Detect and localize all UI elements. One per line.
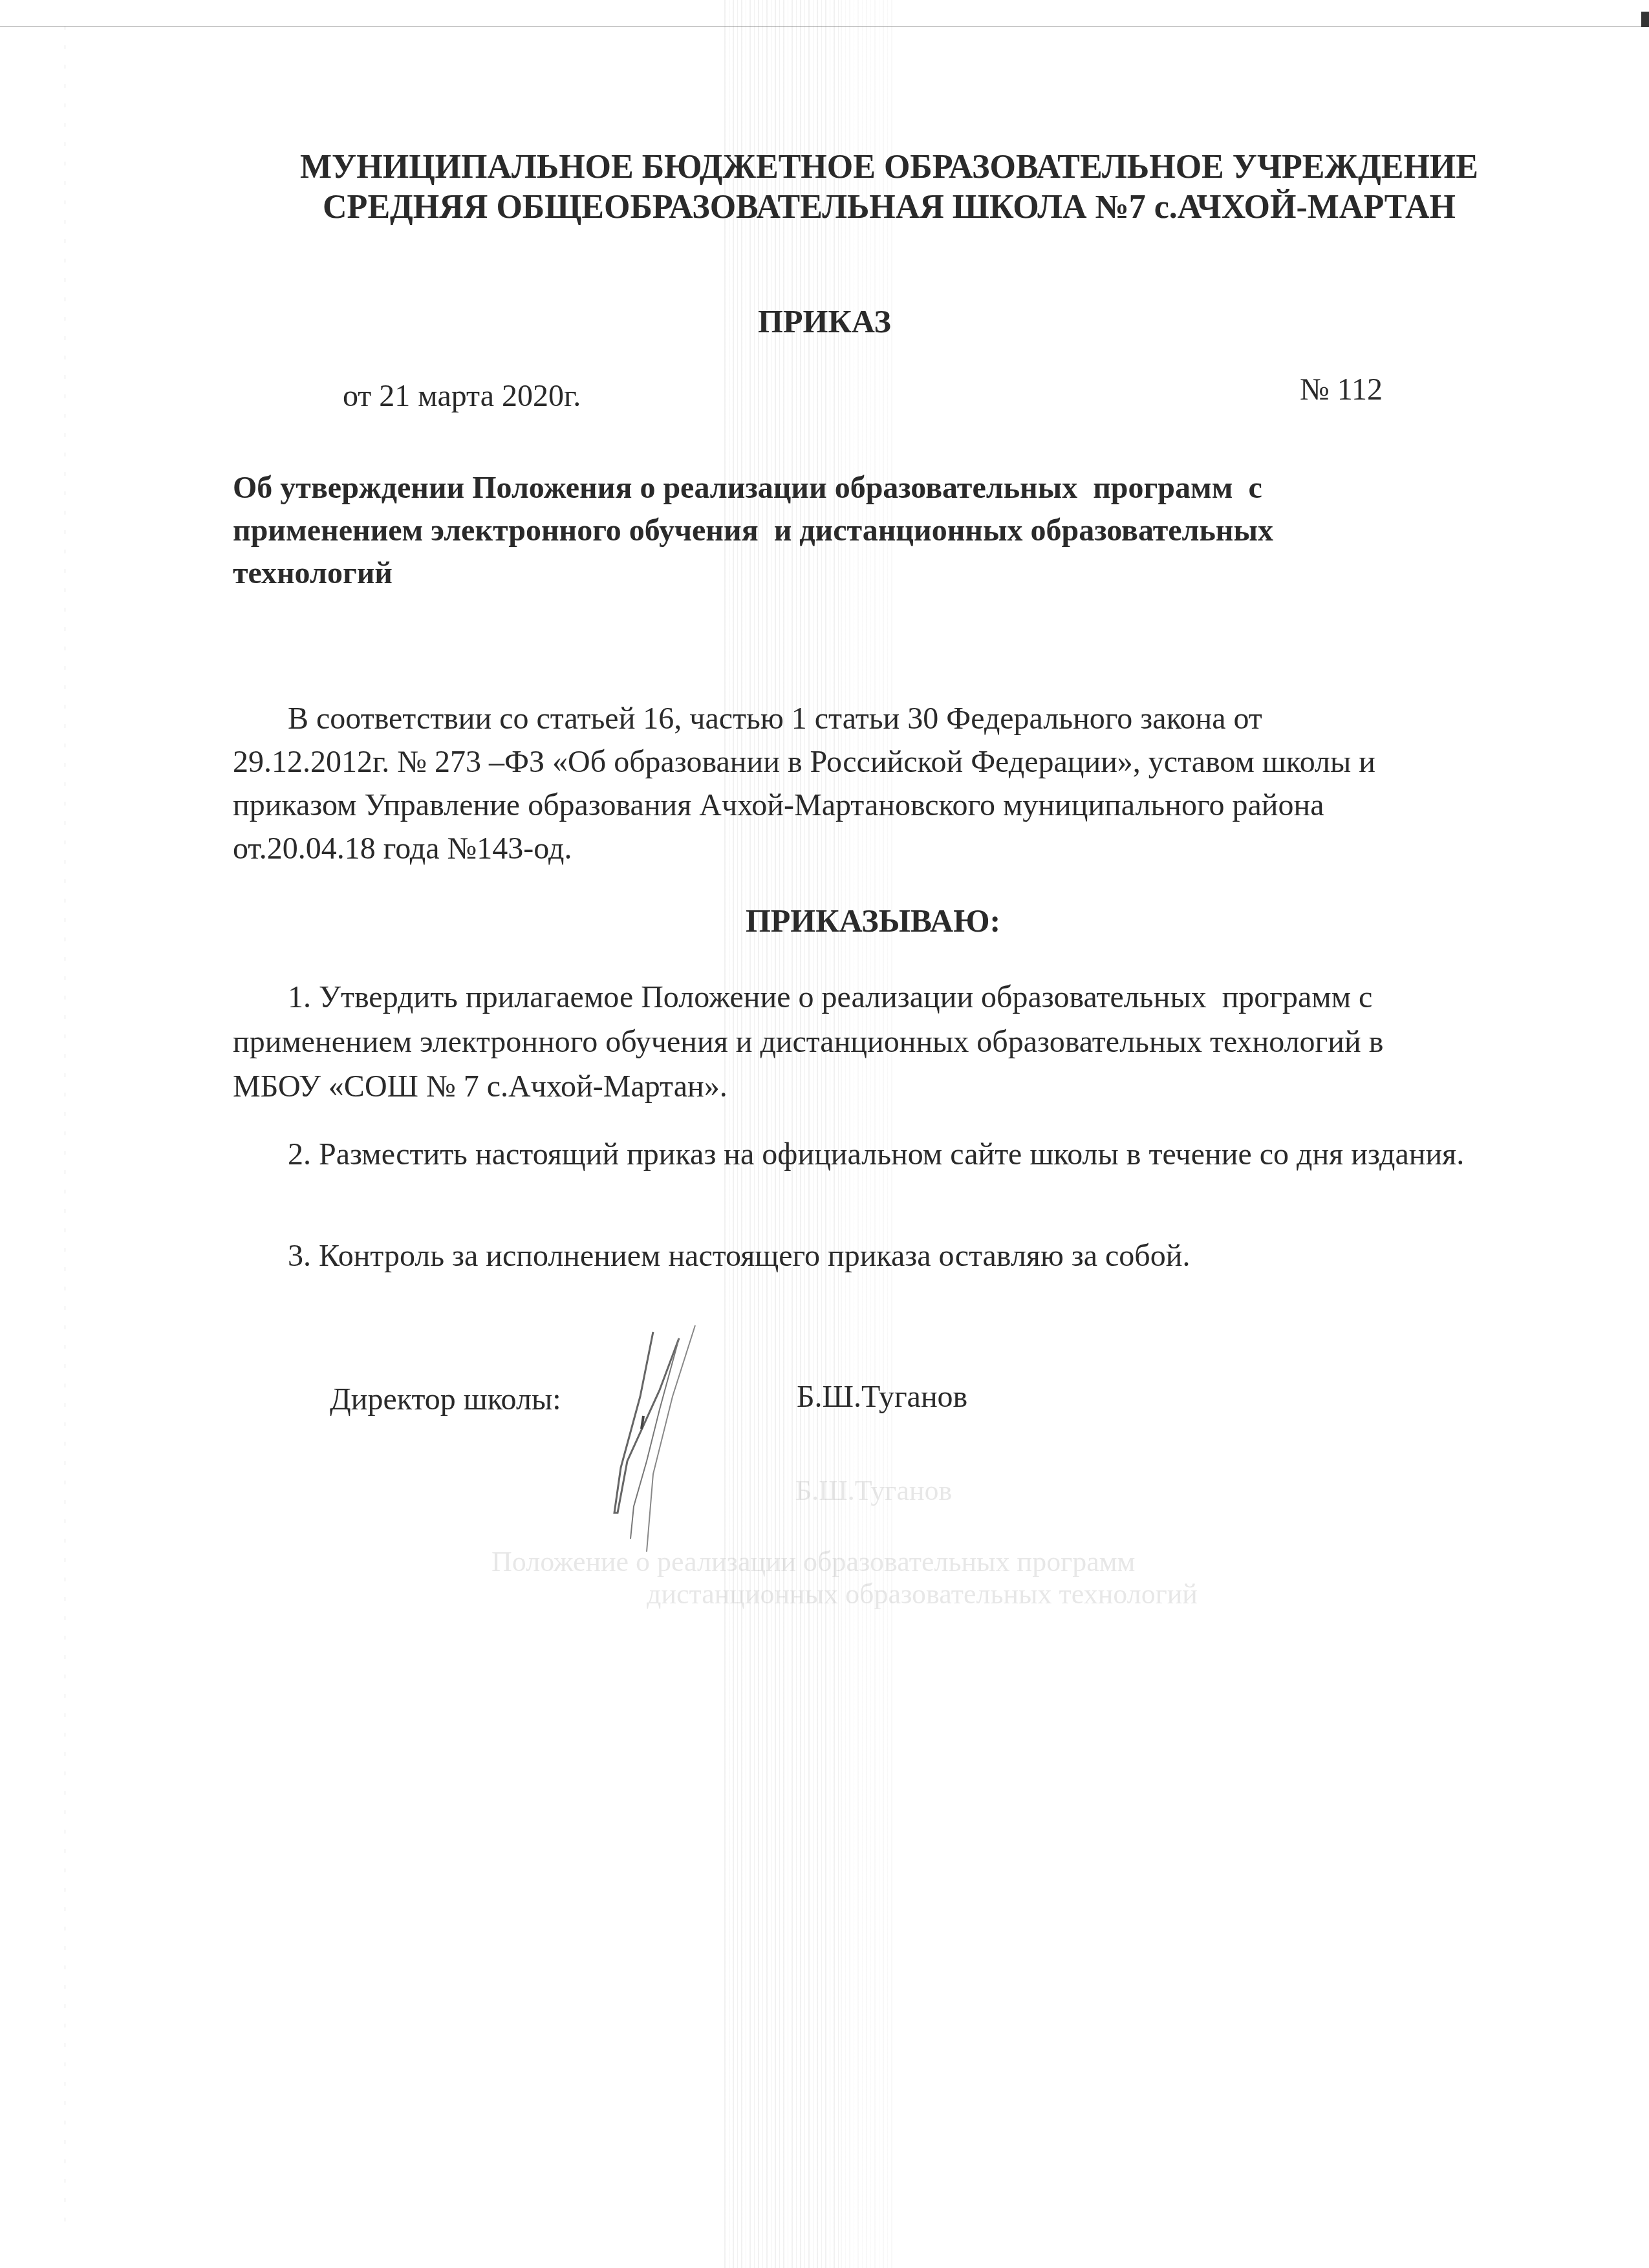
preamble-line: 29.12.2012г. № 273 –ФЗ «Об образовании в…	[233, 740, 1526, 784]
order-item-2: 2. Разместить настоящий приказ на официа…	[288, 1133, 1562, 1176]
handwritten-signature-icon	[582, 1319, 750, 1565]
document-title: ПРИКАЗ	[0, 303, 1649, 340]
item-line: применением электронного обучения и дист…	[233, 1020, 1565, 1064]
bleed-through-text: Б.Ш.Туганов	[795, 1474, 952, 1507]
order-number: № 112	[1300, 372, 1383, 407]
order-subject: Об утверждении Положения о реализации об…	[233, 467, 1461, 595]
preamble-paragraph: В соответствии со статьей 16, частью 1 с…	[233, 697, 1526, 870]
subject-line: применением электронного обучения и дист…	[233, 509, 1461, 552]
signatory-name: Б.Ш.Туганов	[797, 1379, 967, 1415]
order-date: от 21 марта 2020г.	[343, 378, 581, 414]
institution-name-line1: МУНИЦИПАЛЬНОЕ БЮДЖЕТНОЕ ОБРАЗОВАТЕЛЬНОЕ …	[246, 147, 1533, 187]
signatory-position: Директор школы:	[330, 1382, 561, 1417]
item-line: 1. Утвердить прилагаемое Положение о реа…	[233, 975, 1565, 1020]
preamble-line: приказом Управление образования Ачхой-Ма…	[233, 784, 1526, 827]
preamble-line: от.20.04.18 года №143-од.	[233, 827, 1526, 870]
item-line: МБОУ «СОШ № 7 с.Ачхой-Мартан».	[233, 1064, 1565, 1109]
scan-corner-mark	[1641, 12, 1649, 27]
scan-left-edge	[65, 26, 65, 2224]
preamble-line: В соответствии со статьей 16, частью 1 с…	[233, 697, 1526, 740]
institution-name-line2: СРЕДНЯЯ ОБЩЕОБРАЗОВАТЕЛЬНАЯ ШКОЛА №7 с.А…	[246, 187, 1533, 228]
order-item-3: 3. Контроль за исполнением настоящего пр…	[288, 1238, 1190, 1274]
subject-line: Об утверждении Положения о реализации об…	[233, 467, 1461, 509]
order-directive: ПРИКАЗЫВАЮ:	[0, 902, 1649, 939]
institution-header: МУНИЦИПАЛЬНОЕ БЮДЖЕТНОЕ ОБРАЗОВАТЕЛЬНОЕ …	[246, 147, 1533, 228]
bleed-through-text: дистанционных образовательных технологий	[647, 1578, 1198, 1610]
order-item-1: 1. Утвердить прилагаемое Положение о реа…	[233, 975, 1565, 1109]
subject-line: технологий	[233, 552, 1461, 595]
